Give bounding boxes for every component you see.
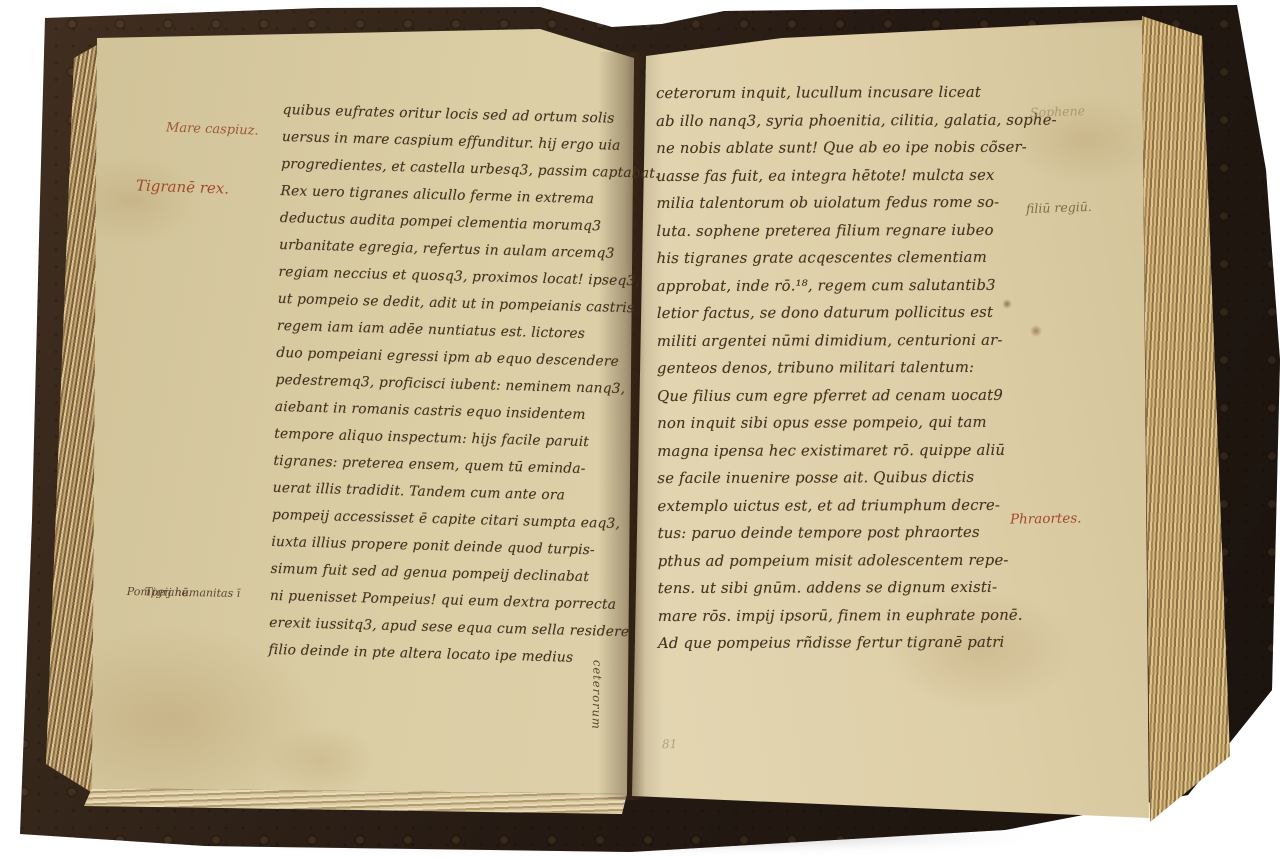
margin-note-tigranes-rex: Tigranē rex. [136, 176, 230, 197]
folio-number: 81 [662, 737, 678, 752]
manuscript-line: approbat, inde rō.¹⁸, regem cum salutant… [657, 271, 1058, 300]
catchword-vertical: ceterorum [589, 660, 604, 730]
margin-note-phraortes: Phraortes. [1010, 510, 1082, 527]
manuscript-line: pthus ad pompeium misit adolescentem rep… [658, 546, 1059, 575]
manuscript-line: luta. sophene preterea filium regnare iu… [656, 216, 1057, 245]
manuscript-line: his tigranes grate acqescentes clementia… [657, 244, 1058, 273]
photo-backdrop: quibus eufrates oritur locis sed ad ortu… [0, 0, 1280, 860]
margin-note-filius-regius: filiū regiū. [1026, 199, 1092, 216]
margin-note-sophene: Sophene [1030, 103, 1085, 120]
manuscript-line: ab illo nanq3, syria phoenitia, cilitia,… [656, 106, 1057, 135]
margin-note-mare-caspium: Mare caspiuz. [166, 120, 259, 138]
manuscript-line: Que filius cum egre pferret ad cenam uoc… [657, 381, 1058, 410]
manuscript-line: mare rōs. impij ipsorū, finem in euphrat… [658, 601, 1059, 630]
manuscript-line: Ad que pompeius rñdisse fertur tigranē p… [658, 629, 1059, 658]
manuscript-line: magna ipensa hec existimaret rō. quippe … [657, 436, 1058, 465]
right-page-text-block: ceterorum inquit, lucullum incusare lice… [656, 79, 1059, 658]
manuscript-line: uasse fas fuit, ea integra hētote! mulct… [656, 161, 1057, 190]
left-page-text-block: quibus eufrates oritur locis sed ad ortu… [268, 97, 661, 674]
manuscript-line: letior factus, se dono daturum pollicitu… [657, 299, 1058, 328]
manuscript-line: extemplo uictus est, et ad triumphum dec… [657, 491, 1058, 520]
margin-note-line: Tigranē. [127, 582, 192, 603]
manuscript-line: milia talentorum ob uiolatum fedus rome … [656, 189, 1057, 218]
manuscript-line: non inquit sibi opus esse pompeio, qui t… [657, 409, 1058, 438]
manuscript-line: tens. ut sibi gnūm. addens se dignum exi… [658, 574, 1059, 603]
manuscript-line: genteos denos, tribuno militari talentum… [657, 354, 1058, 383]
manuscript-line: ne nobis ablate sunt! Que ab eo ipe nobi… [656, 134, 1057, 163]
manuscript-line: se facile inuenire posse ait. Quibus dic… [657, 464, 1058, 493]
manuscript-line: tus: paruo deinde tempore post phraortes [658, 519, 1059, 548]
manuscript-line: militi argentei nūmi dimidium, centurion… [657, 326, 1058, 355]
manuscript-line: ceterorum inquit, lucullum incusare lice… [656, 79, 1057, 108]
